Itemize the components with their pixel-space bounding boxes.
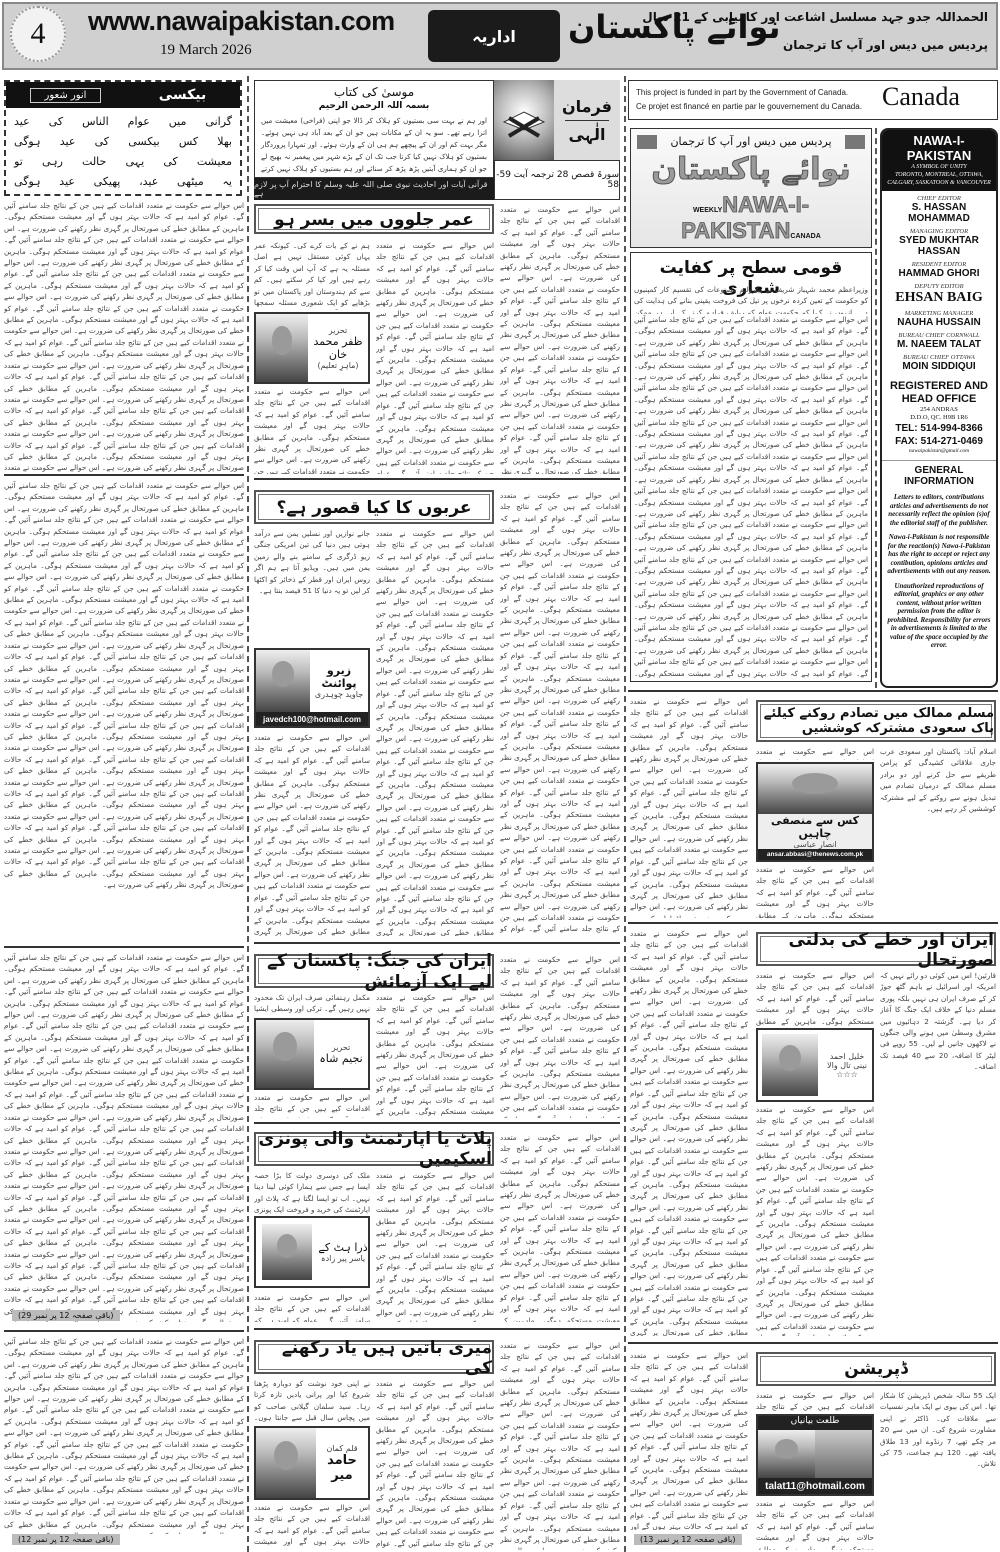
weekly-logo: پردیس میں دیس اور آپ کا ترجمان نوائے پاک… <box>630 128 872 248</box>
quran-reference: سورۃ قصص 28 ترجمہ آیت 59-58 <box>494 160 620 200</box>
article-body: قارئین! اس میں کوئی دو رائے نہیں کہ امری… <box>880 970 996 1336</box>
divider <box>254 942 620 944</box>
divider <box>254 478 620 480</box>
author-email[interactable]: ansar.abbasi@thenews.com.pk <box>758 849 872 860</box>
article-body: اس حوالے سے حکومت نے متعدد اقدامات کیے ہ… <box>630 1350 748 1530</box>
article-body: اس حوالے سے حکومت نے متعدد اقدامات کیے ہ… <box>756 746 874 760</box>
column-name: زیرو پوائنٹ <box>310 664 368 690</box>
author-note: (ماہرِ تعلیم) <box>317 361 358 370</box>
author-photo <box>256 650 310 712</box>
canada-flag-icon <box>637 135 657 149</box>
poem-line: یہمیٹھیعید،پھیکیعیدہوگی <box>14 172 232 192</box>
divider <box>254 1328 620 1330</box>
article-body: اس حوالے سے حکومت نے متعدد اقدامات کیے ہ… <box>756 864 874 918</box>
article-body: مکمل رہنمائی صرف ایران تک محدود نہیں رہی… <box>254 992 370 1016</box>
quran-book-icon <box>494 80 554 160</box>
article-body: اس حوالے سے حکومت نے متعدد اقدامات کیے ہ… <box>376 528 494 936</box>
tagline-slogan: پردیس میں دیس اور آپ کا ترجمان <box>783 38 988 52</box>
divider <box>4 1330 244 1332</box>
byline-label: تحریر <box>329 326 347 335</box>
divider <box>628 1342 998 1344</box>
article-body: اس حوالے سے حکومت نے متعدد اقدامات کیے ہ… <box>254 1092 370 1118</box>
imprint-box: NAWA-I-PAKISTAN A SYMBOL OF UNITY TORONT… <box>880 128 998 688</box>
author-name: ظفر محمد خان <box>308 335 368 361</box>
poem-box: انور شعور بیکسی گرانیمیںعوامالناسکیعیدبھ… <box>4 80 242 196</box>
author-name: خلیل احمد نینی تال والا <box>822 1052 872 1070</box>
divider <box>4 946 244 948</box>
article-body: اس حوالے سے حکومت نے متعدد اقدامات کیے ہ… <box>376 1378 494 1550</box>
tagline-anniversary: الحمداللہ جدو جہد مسلسل اشاعت اور کامیاب… <box>642 10 988 24</box>
article-headline: ایران اور خطے کی بدلتی صورتحال <box>756 932 996 966</box>
article-body: ہم نے کے بات کرے کی۔ کیونکہ عمر یہاں کوئ… <box>254 240 370 310</box>
funding-text: This project is funded in part by the Go… <box>636 86 862 114</box>
article-continuation: اس حوالے سے حکومت نے متعدد اقدامات کیے ہ… <box>4 200 244 472</box>
page-number: 4 <box>10 6 66 62</box>
author-photo <box>762 1034 818 1096</box>
article-body: جانے نوازیں اور نسلیں یمن سے درآمد ہوتی … <box>254 528 370 646</box>
article-headline: ایران کی جنگ: پاکستان کے لیے ایک آزمائش <box>254 954 494 988</box>
editorial-body: اس حوالے سے حکومت نے متعدد اقدامات کیے ہ… <box>634 314 868 678</box>
contact-email[interactable]: nawaipakistan@gmail.com <box>882 448 996 454</box>
article-continuation: اس حوالے سے حکومت نے متعدد اقدامات کیے ہ… <box>4 480 244 940</box>
article-body: اس حوالے سے حکومت نے متعدد اقدامات کیے ہ… <box>254 1292 370 1322</box>
article-body: اس حوالے سے حکومت نے متعدد اقدامات کیے ہ… <box>254 1502 370 1550</box>
article-body: اس حوالے سے حکومت نے متعدد اقدامات کیے ہ… <box>376 992 494 1118</box>
article-body: ایک 55 سالہ شخص ڈپریشن کا شکار تھا۔ اس ک… <box>880 1390 996 1550</box>
divider <box>628 690 998 692</box>
author-name: حامد میر <box>316 1453 368 1483</box>
article-headline: عربوں کا کیا قصور ہے؟ <box>254 490 494 524</box>
quran-footer-note: قرآنی آیات اور احادیث نبوی صلی اللہ علیہ… <box>254 178 494 200</box>
article-body: اس حوالے سے حکومت نے متعدد اقدامات کیے ہ… <box>630 696 748 918</box>
article-body: اس حوالے سے حکومت نے متعدد اقدامات کیے ہ… <box>630 928 748 1336</box>
quran-section-label: فرمانالٰہی <box>554 80 620 160</box>
poem-line: بھلاکسبیکسیکیعیدہوگی <box>14 132 232 152</box>
article-body: اس حوالے سے حکومت نے متعدد اقدامات کیے ہ… <box>500 490 620 936</box>
article-headline: میری باتیں ہیں یاد رکھنے کی <box>254 1340 494 1374</box>
author-photo <box>758 1430 815 1478</box>
article-continuation: اس حوالے سے حکومت نے متعدد اقدامات کیے ہ… <box>4 1336 244 1534</box>
author-name: انصار عباسی <box>793 840 836 849</box>
phone-number[interactable]: TEL: 514-994-8366 <box>882 422 996 435</box>
column-name: کس سے منصفی چاہیں <box>758 814 872 840</box>
divider <box>628 922 998 924</box>
pakistan-flag-icon <box>845 135 865 149</box>
article-body: اس حوالے سے حکومت نے متعدد اقدامات کیے ہ… <box>756 970 874 1026</box>
article-body: اس حوالے سے حکومت نے متعدد اقدامات کیے ہ… <box>254 386 370 474</box>
author-box: ذرا ہٹ کے یاسر پیر زادہ <box>254 1216 370 1288</box>
author-email[interactable]: javedch100@hotmail.com <box>256 712 368 726</box>
column-divider <box>875 128 877 688</box>
article-body: اس حوالے سے حکومت نے متعدد اقدامات کیے ہ… <box>756 1104 874 1336</box>
poem-lines: گرانیمیںعوامالناسکیعیدبھلاکسبیکسیکیعیدہو… <box>6 108 240 196</box>
issue-date: 19 March 2026 <box>160 42 252 59</box>
column-divider <box>247 76 249 1552</box>
quran-book-title: موسیٰ کی کتاب <box>261 85 487 99</box>
section-badge: اداریہ <box>428 10 560 62</box>
article-body: اس حوالے سے حکومت نے متعدد اقدامات کیے ہ… <box>254 732 370 936</box>
author-email[interactable]: talat11@hotmail.com <box>758 1478 872 1494</box>
author-photo <box>256 1428 316 1498</box>
poem-line: معیشتکییہیحالترہیتو <box>14 152 232 172</box>
editorial-body: وزیراعظم محمد شہباز شریف نے پیٹرولیم مصن… <box>634 284 868 314</box>
poem-title: بیکسی <box>125 82 240 108</box>
divider <box>254 1122 620 1124</box>
article-continuation: اس حوالے سے حکومت نے متعدد اقدامات کیے ہ… <box>4 952 244 1322</box>
author-name: جاوید چوہدری <box>315 690 363 699</box>
author-box: خلیل احمد نینی تال والا☆☆☆ <box>756 1028 874 1102</box>
article-headline: پلاٹ یا اپارٹمنٹ والی پونزی اسکیمیں <box>254 1132 494 1166</box>
quran-translation: اور ہم نے بہت سی بستیوں کو ہلاک کر ڈالا … <box>261 115 487 187</box>
byline-label: تحریر <box>332 1043 350 1052</box>
article-body: ملک کی دوسری دولت کا بڑا حصہ ایسا ہے جس … <box>254 1170 370 1214</box>
article-body: اس حوالے سے حکومت نے متعدد اقدامات کیے ہ… <box>500 954 620 1118</box>
article-body: اس حوالے سے حکومت نے متعدد اقدامات کیے ہ… <box>500 1132 620 1322</box>
continuation-marker[interactable]: (باقی صفحہ 12 پر نمبر 13) <box>634 1534 742 1545</box>
article-headline: ڈپریشن <box>756 1352 996 1386</box>
column-name: قلم کمان <box>326 1444 357 1453</box>
article-body: اس حوالے سے حکومت نے متعدد اقدامات کیے ہ… <box>376 1170 494 1322</box>
author-name: نجیم شاہ <box>319 1052 362 1065</box>
article-body: اس حوالے سے حکومت نے متعدد اقدامات کیے ہ… <box>500 1340 620 1550</box>
divider <box>4 474 244 476</box>
continuation-marker[interactable]: (باقی صفحہ 12 پر نمبر 29) <box>12 1310 120 1321</box>
bismillah: بسمہ اللہ الرحمن الرحیم <box>261 101 487 111</box>
article-body: نے اپنی خود نوشت کو دوبارہ پڑھنا شروع کی… <box>254 1378 370 1424</box>
author-box: قلم کمان حامد میر <box>254 1426 370 1500</box>
author-box: تحریر ظفر محمد خان (ماہرِ تعلیم) <box>254 312 370 384</box>
website-link[interactable]: www.nawaipakistan.com <box>88 6 395 37</box>
article-body: اس حوالے سے حکومت نے متعدد اقدامات کیے ہ… <box>756 1498 874 1550</box>
author-box: تحریر نجیم شاہ <box>254 1018 370 1090</box>
article-body: اسلام آباد: پاکستان اور سعودی عرب جاری ع… <box>880 746 996 918</box>
article-body: اس حوالے سے حکومت نے متعدد اقدامات کیے ہ… <box>500 204 620 474</box>
author-photo <box>256 314 308 382</box>
author-photo <box>758 764 872 814</box>
article-body: اس حوالے سے حکومت نے متعدد اقدامات کیے ہ… <box>756 1390 874 1412</box>
author-photo <box>262 1224 312 1280</box>
building-image <box>815 1430 872 1478</box>
author-name: یاسر پیر زادہ <box>321 1254 365 1263</box>
poem-line: گرانیمیںعوامالناسکیعید <box>14 112 232 132</box>
continuation-marker[interactable]: (باقی صفحہ 12 پر نمبر 12) <box>12 1534 120 1545</box>
quran-text-box: موسیٰ کی کتاب بسمہ اللہ الرحمن الرحیم او… <box>254 80 494 178</box>
article-headline: مسلم ممالک میں تصادم روکنے کیلئے پاک سعو… <box>756 700 996 742</box>
author-photo <box>256 1020 314 1088</box>
fax-number: FAX: 514-271-0469 <box>882 435 996 448</box>
article-body: اس حوالے سے حکومت نے متعدد اقدامات کیے ہ… <box>376 240 494 474</box>
column-name: طلعت بیانیاں <box>758 1416 872 1430</box>
column-name: ذرا ہٹ کے <box>318 1241 367 1254</box>
author-box: زیرو پوائنٹ جاوید چوہدری javedch100@hotm… <box>254 648 370 728</box>
author-box: طلعت بیانیاں talat11@hotmail.com <box>756 1414 874 1496</box>
article-headline: عمر جلووں میں بسر ہو <box>254 204 494 234</box>
canada-wordmark: Canada <box>882 82 960 112</box>
poem-author: انور شعور <box>6 82 125 108</box>
column-divider <box>624 76 626 1552</box>
author-box: کس سے منصفی چاہیں انصار عباسی ansar.abba… <box>756 762 874 862</box>
